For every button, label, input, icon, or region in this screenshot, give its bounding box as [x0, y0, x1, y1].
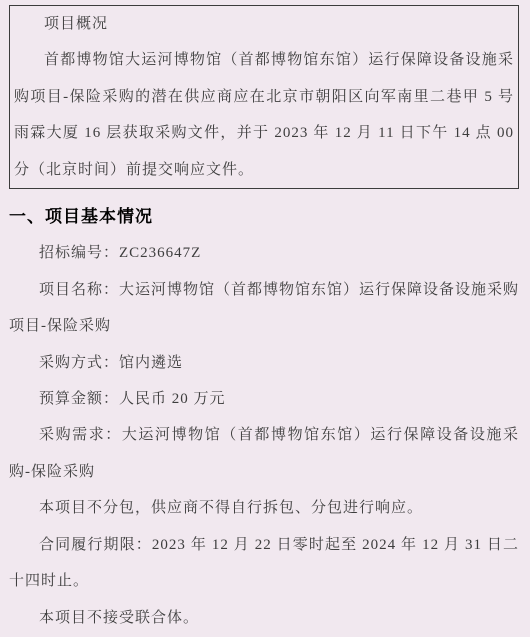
tender-number-line: 招标编号：ZC236647Z — [9, 235, 519, 271]
overview-body: 首都博物馆大运河博物馆（首都博物馆东馆）运行保障设备设施采购项目-保险采购的潜在… — [14, 42, 514, 188]
project-name-line: 项目名称：大运河博物馆（首都博物馆东馆）运行保障设备设施采购项目-保险采购 — [9, 272, 519, 345]
document-page: 项目概况 首都博物馆大运河博物馆（首都博物馆东馆）运行保障设备设施采购项目-保险… — [0, 0, 530, 637]
no-consortium-line: 本项目不接受联合体。 — [9, 600, 519, 636]
budget-amount-line: 预算金额：人民币 20 万元 — [9, 381, 519, 417]
procurement-demand-line: 采购需求：大运河博物馆（首都博物馆东馆）运行保障设备设施采购-保险采购 — [9, 417, 519, 490]
project-overview-box: 项目概况 首都博物馆大运河博物馆（首都博物馆东馆）运行保障设备设施采购项目-保险… — [9, 5, 519, 189]
contract-period-line: 合同履行期限：2023 年 12 月 22 日零时起至 2024 年 12 月 … — [9, 527, 519, 600]
overview-title: 项目概况 — [14, 6, 514, 42]
procurement-method-line: 采购方式：馆内遴选 — [9, 345, 519, 381]
no-lot-split-line: 本项目不分包，供应商不得自行拆包、分包进行响应。 — [9, 490, 519, 526]
section-heading: 一、项目基本情况 — [9, 199, 519, 235]
